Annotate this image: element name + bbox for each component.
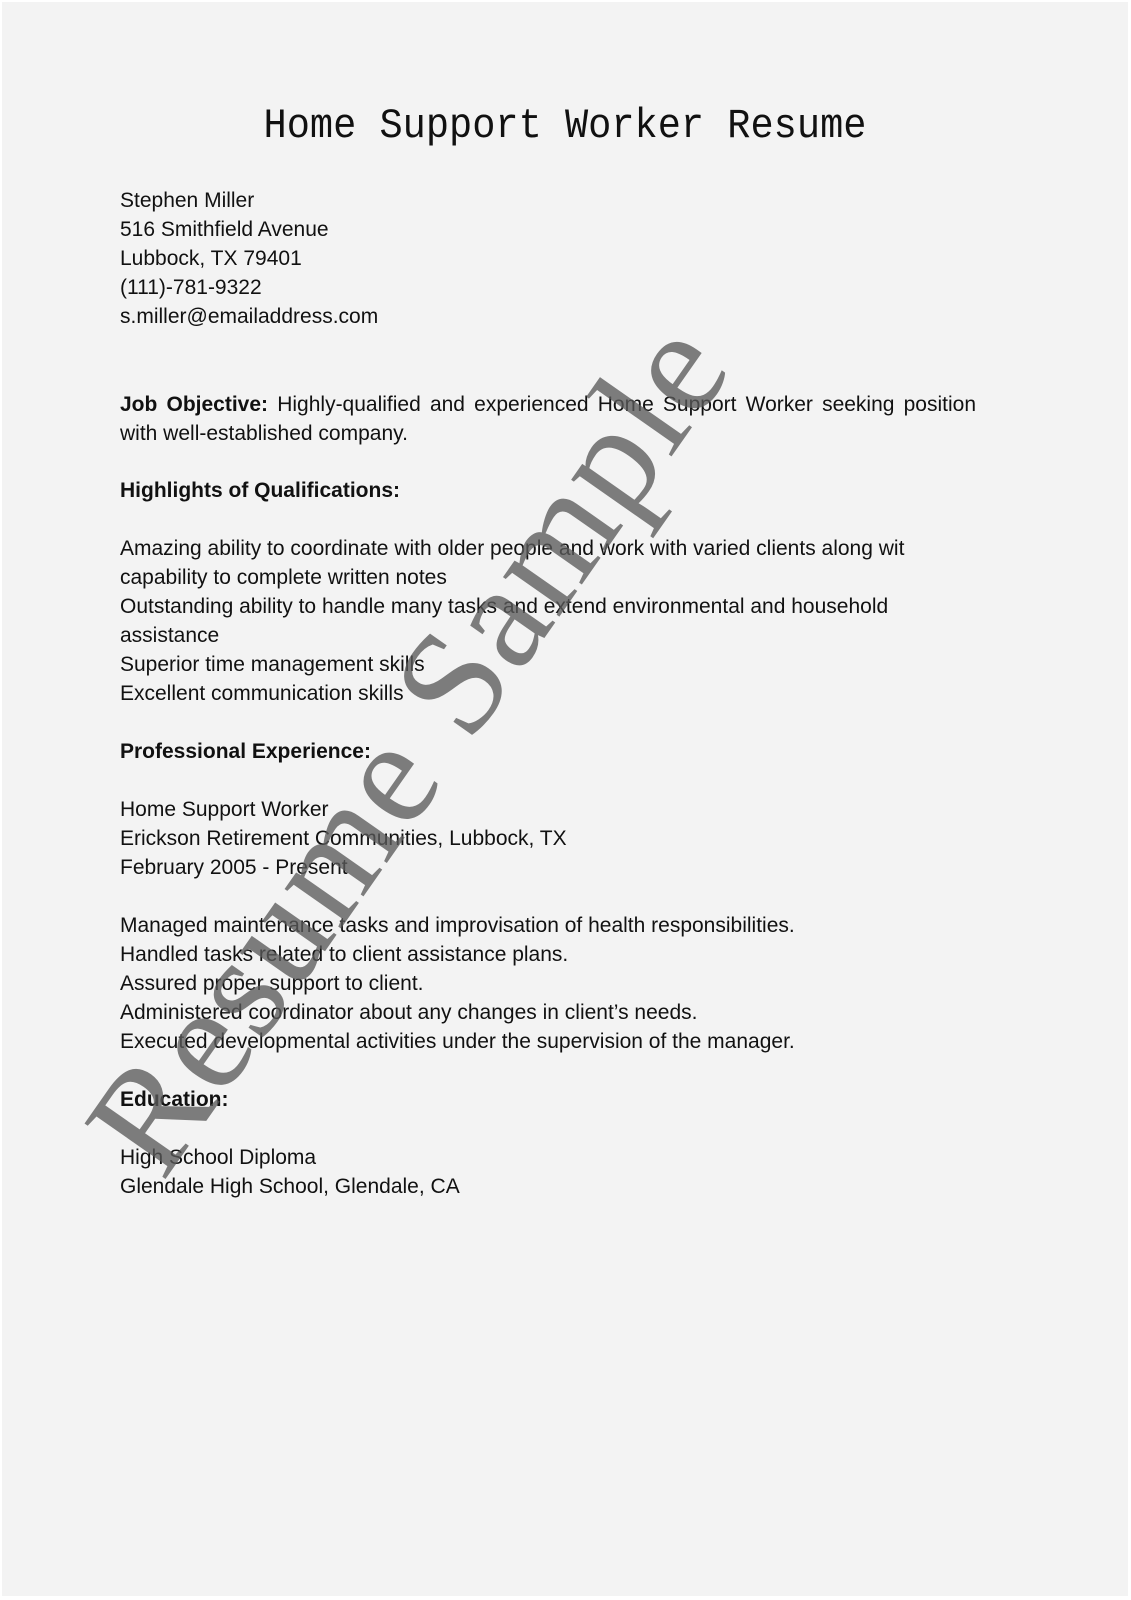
job-objective-label: Job Objective: <box>120 393 268 416</box>
experience-duties: Managed maintenance tasks and improvisat… <box>120 911 976 1056</box>
qualification-item: Outstanding ability to handle many tasks… <box>120 592 960 621</box>
education-info: High School Diploma Glendale High School… <box>120 1143 976 1201</box>
employer: Erickson Retirement Communities, Lubbock… <box>120 824 976 853</box>
job-title: Home Support Worker <box>120 795 976 824</box>
job-objective: Job Objective: Highly-qualified and expe… <box>120 390 976 448</box>
duty-item: Executed developmental activities under … <box>120 1027 976 1056</box>
duty-item: Administered coordinator about any chang… <box>120 998 976 1027</box>
page-title: Home Support Worker Resume <box>47 102 1083 150</box>
duty-item: Handled tasks related to client assistan… <box>120 940 976 969</box>
qualification-item: assistance <box>120 621 960 650</box>
duty-item: Assured proper support to client. <box>120 969 976 998</box>
education-degree: High School Diploma <box>120 1143 976 1172</box>
experience-job: Home Support Worker Erickson Retirement … <box>120 795 976 882</box>
qualifications-heading: Highlights of Qualifications: <box>120 476 976 505</box>
qualification-item: capability to complete written notes <box>120 563 960 592</box>
experience-heading: Professional Experience: <box>120 737 976 766</box>
contact-address: 516 Smithfield Avenue <box>120 215 976 244</box>
job-dates: February 2005 - Present <box>120 853 976 882</box>
education-school: Glendale High School, Glendale, CA <box>120 1172 976 1201</box>
resume-page: Home Support Worker Resume Stephen Mille… <box>2 2 1128 1596</box>
qualifications-list: Amazing ability to coordinate with older… <box>120 534 960 708</box>
duty-item: Managed maintenance tasks and improvisat… <box>120 911 976 940</box>
contact-info: Stephen Miller 516 Smithfield Avenue Lub… <box>120 186 976 331</box>
qualification-item: Superior time management skills <box>120 650 960 679</box>
contact-phone: (111)-781-9322 <box>120 273 976 302</box>
contact-email: s.miller@emailaddress.com <box>120 302 976 331</box>
qualification-item: Excellent communication skills <box>120 679 960 708</box>
contact-city-state-zip: Lubbock, TX 79401 <box>120 244 976 273</box>
education-heading: Education: <box>120 1085 976 1114</box>
contact-name: Stephen Miller <box>120 186 976 215</box>
qualification-item: Amazing ability to coordinate with older… <box>120 534 960 563</box>
